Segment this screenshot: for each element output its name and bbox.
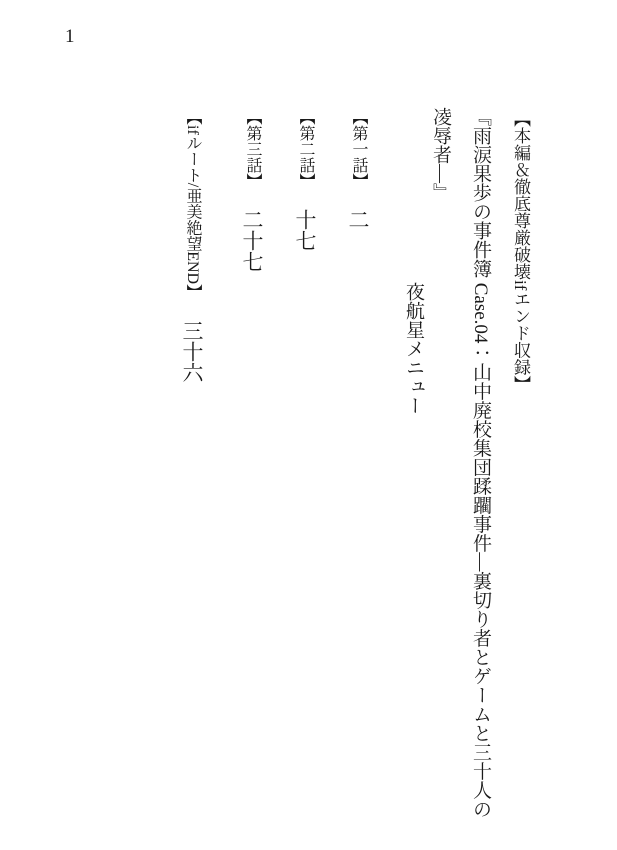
menu-title: 夜航星メニュー [404,282,423,415]
toc-entry-label: 【第二話】 [297,109,314,189]
book-title-line-2: 凌辱者―』 [431,107,450,202]
toc-entry-page-number: 二十七 [240,209,264,272]
toc-entry-chapter-3: 【第三話】二十七 [241,109,262,272]
toc-entry-label: 【ifルート/亜美絶望END】 [184,109,201,300]
toc-entry-label: 【第一話】 [350,109,367,189]
toc-entry-page-number: 三十六 [180,320,204,383]
toc-entry-chapter-2: 【第二話】十七 [294,109,315,251]
edition-note: 【本編＆徹底尊厳破壊ifエンド収録】 [512,110,529,392]
toc-entry-if-route: 【ifルート/亜美絶望END】三十六 [181,109,202,383]
toc-entry-label: 【第三話】 [244,109,261,189]
toc-entry-page-number: 十七 [293,209,317,251]
toc-entry-page-number: 二 [346,209,370,230]
book-title-line-1: 『雨涙果歩の事件簿 Case.04：山中廃校集団蹂躙事件―裏切り者とゲームと三十… [471,107,490,818]
page-number: 1 [65,27,75,46]
toc-entry-chapter-1: 【第一話】二 [347,109,368,230]
